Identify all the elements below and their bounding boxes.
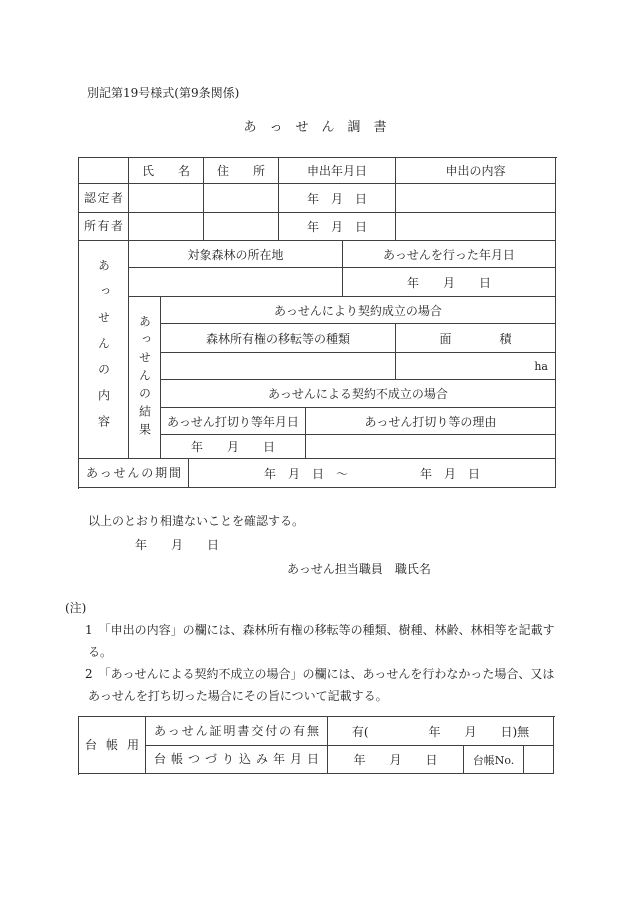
contract-not-established-header: あっせんによる契約不成立の場合 xyxy=(161,380,556,408)
notes-heading: (注) xyxy=(65,599,86,616)
contract-established-header: あっせんにより契約成立の場合 xyxy=(161,297,556,324)
col-header-name: 氏 名 xyxy=(129,158,204,184)
owner-date-cell: 年 月 日 xyxy=(279,213,396,241)
certified-content-cell xyxy=(396,184,556,213)
area-unit-cell: ha xyxy=(396,353,556,380)
conducted-date-cell: 年 月 日 xyxy=(343,268,556,297)
form-page: 別記第19号様式(第9条関係) あ っ せ ん 調 書 氏 名 住 所 申出年月… xyxy=(0,0,630,915)
discontinue-reason-header: あっせん打切り等の理由 xyxy=(306,408,556,435)
certified-name-cell xyxy=(129,184,204,213)
forest-location-header: 対象森林の所在地 xyxy=(129,241,343,268)
form-number: 別記第19号様式(第9条関係) xyxy=(87,84,239,101)
transfer-type-header: 森林所有権の移転等の種類 xyxy=(161,324,396,353)
ledger-table: 台帳用 あっせん証明書交付の有無 有( 年 月 日)無 台帳つづり込み年月日 年… xyxy=(78,716,555,775)
confirmation-date: 年 月 日 xyxy=(135,536,219,553)
ledger-use-label: 台帳用 xyxy=(79,717,146,774)
ledger-binding-date-cell: 年 月 日 xyxy=(328,746,464,774)
corner-cell xyxy=(79,158,129,184)
certified-address-cell xyxy=(204,184,279,213)
discontinue-reason-cell xyxy=(306,435,556,459)
note-line-4: あっせんを打ち切った場合にその旨について記載する。 xyxy=(88,687,388,704)
col-header-application-date: 申出年月日 xyxy=(279,158,396,184)
forest-location-cell xyxy=(129,268,343,297)
form-title: あ っ せ ん 調 書 xyxy=(0,116,630,135)
ledger-binding-date-header: 台帳つづり込み年月日 xyxy=(146,746,328,774)
row-label-owner: 所有者 xyxy=(79,213,129,241)
confirmation-statement: 以上のとおり相違ないことを確認する。 xyxy=(88,512,304,529)
conducted-date-header: あっせんを行った年月日 xyxy=(343,241,556,268)
ledger-number-cell xyxy=(524,746,554,774)
discontinue-date-cell: 年 月 日 xyxy=(161,435,306,459)
mediation-result-label-text: あっせんの結果 xyxy=(139,315,151,441)
note-line-1: 1 「申出の内容」の欄には、森林所有権の移転等の種類、樹種、林齢、林相等を記載す xyxy=(85,621,555,638)
discontinue-date-header: あっせん打切り等年月日 xyxy=(161,408,306,435)
owner-address-cell xyxy=(204,213,279,241)
mediation-content-label: あっせんの内容 xyxy=(79,241,129,459)
ledger-number-label: 台帳No. xyxy=(464,746,524,774)
note-line-3: 2 「あっせんによる契約不成立の場合」の欄には、あっせんを行わなかった場合、又は xyxy=(85,665,554,682)
row-label-certified-person: 認定者 xyxy=(79,184,129,213)
transfer-type-cell xyxy=(161,353,396,380)
owner-content-cell xyxy=(396,213,556,241)
mediation-period-label: あっせんの期間 xyxy=(79,459,189,488)
certified-date-cell: 年 月 日 xyxy=(279,184,396,213)
mediation-result-label: あっせんの結果 xyxy=(129,297,161,459)
note-line-2: る。 xyxy=(88,643,112,660)
col-header-application-content: 申出の内容 xyxy=(396,158,556,184)
mediation-period-cell: 年 月 日 ～ 年 月 日 xyxy=(189,459,556,488)
col-header-address: 住 所 xyxy=(204,158,279,184)
area-header: 面 積 xyxy=(396,324,556,353)
mediation-record-table: 氏 名 住 所 申出年月日 申出の内容 認定者 年 月 日 所有者 年 月 日 … xyxy=(78,157,557,489)
certificate-issued-header: あっせん証明書交付の有無 xyxy=(146,717,328,746)
confirmation-signer: あっせん担当職員 職氏名 xyxy=(287,560,431,577)
owner-name-cell xyxy=(129,213,204,241)
mediation-content-label-text: あっせんの内容 xyxy=(98,259,110,441)
certificate-issued-cell: 有( 年 月 日)無 xyxy=(328,717,554,746)
